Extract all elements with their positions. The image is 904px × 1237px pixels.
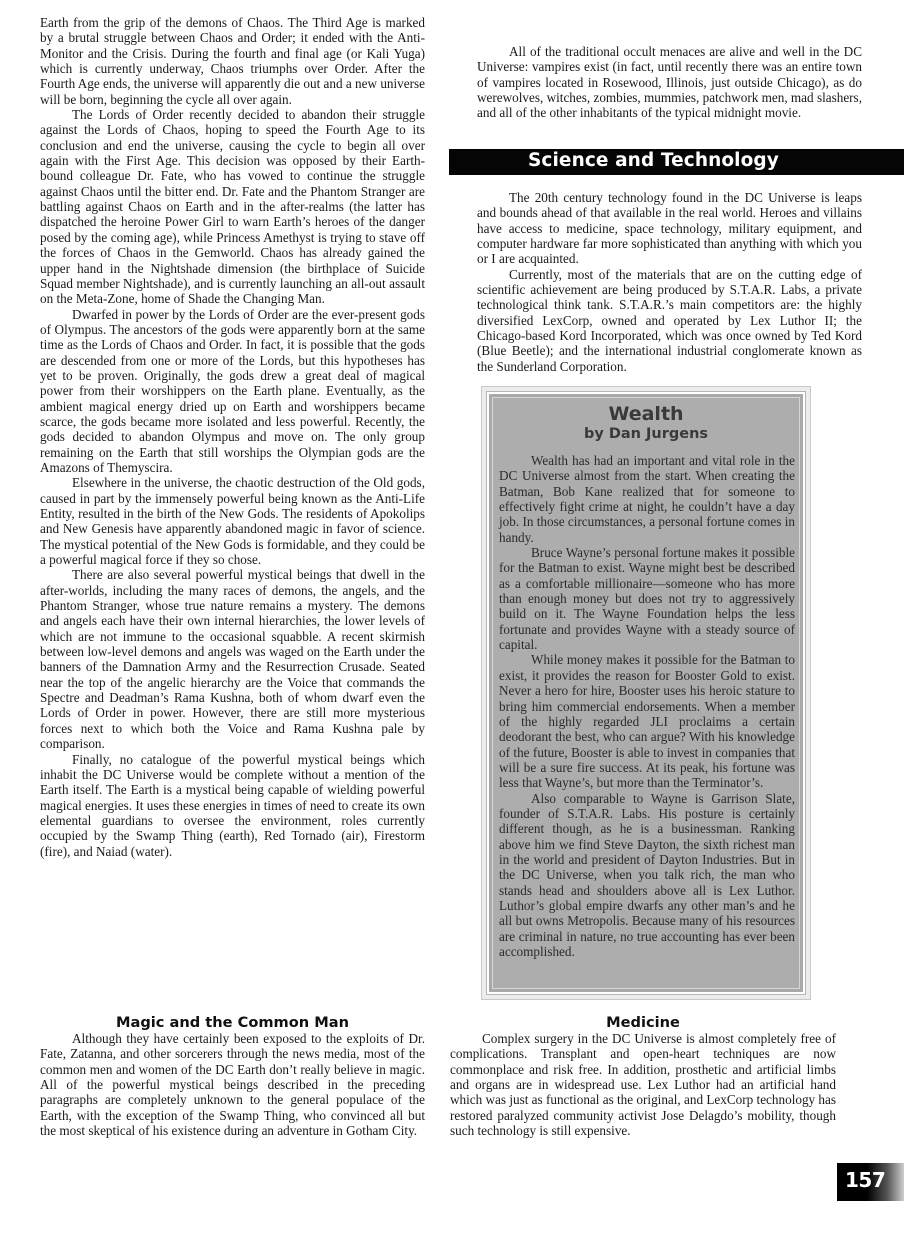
medicine-section-paragraph: Complex surgery in the DC Universe is al… <box>450 1031 836 1138</box>
page-number: 157 <box>845 1168 885 1192</box>
body-paragraph: There are also several powerful mystical… <box>40 567 425 751</box>
body-paragraph: Dwarfed in power by the Lords of Order a… <box>40 307 425 476</box>
body-paragraph: Finally, no catalogue of the powerful my… <box>40 752 425 859</box>
magic-section: Magic and the Common Man Although they h… <box>40 1014 425 1138</box>
body-paragraph: The 20th century technology found in the… <box>477 190 862 267</box>
sidebar-paragraph: Wealth has had an important and vital ro… <box>499 453 795 545</box>
sidebar-paragraph: Also comparable to Wayne is Garrison Sla… <box>499 791 795 960</box>
page-number-tab: 157 <box>837 1163 904 1201</box>
sidebar-frame: Wealth by Dan Jurgens Wealth has had an … <box>487 392 805 994</box>
body-paragraph: Elsewhere in the universe, the chaotic d… <box>40 475 425 567</box>
sidebar-title: Wealth <box>493 403 799 425</box>
sidebar-byline: by Dan Jurgens <box>493 425 799 443</box>
body-paragraph: All of the traditional occult menaces ar… <box>477 44 862 121</box>
sidebar-paragraph: While money makes it possible for the Ba… <box>499 652 795 790</box>
sidebar-paragraph: Bruce Wayne’s personal fortune makes it … <box>499 545 795 652</box>
wealth-sidebar-box: Wealth by Dan Jurgens Wealth has had an … <box>481 386 811 1000</box>
magic-section-heading: Magic and the Common Man <box>40 1014 425 1031</box>
sidebar-body: Wealth has had an important and vital ro… <box>493 453 799 959</box>
science-section-body: The 20th century technology found in the… <box>477 190 862 374</box>
body-paragraph: Earth from the grip of the demons of Cha… <box>40 15 425 107</box>
science-section-header-bar: Science and Technology <box>449 149 904 175</box>
magic-section-paragraph: Although they have certainly been expose… <box>40 1031 425 1138</box>
medicine-section-heading: Medicine <box>450 1014 836 1031</box>
left-column: Earth from the grip of the demons of Cha… <box>40 15 425 859</box>
right-column-intro: All of the traditional occult menaces ar… <box>477 44 862 121</box>
body-paragraph: Currently, most of the materials that ar… <box>477 267 862 374</box>
body-paragraph: The Lords of Order recently decided to a… <box>40 107 425 306</box>
science-section-heading: Science and Technology <box>528 150 779 171</box>
medicine-section: Medicine Complex surgery in the DC Unive… <box>450 1014 836 1138</box>
sidebar-inner: Wealth by Dan Jurgens Wealth has had an … <box>492 397 800 989</box>
